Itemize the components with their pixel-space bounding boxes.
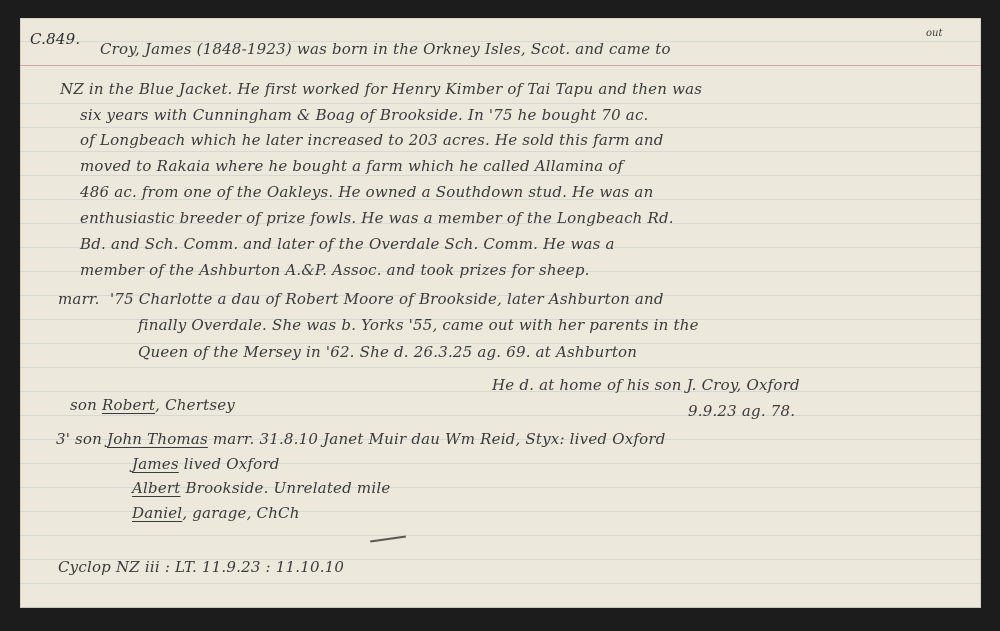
bio-line-3: six years with Cunningham & Boag of Broo… <box>80 106 649 124</box>
child-detail: , Chertsey <box>155 396 235 414</box>
bio-line-7: enthusiastic breeder of prize fowls. He … <box>80 209 674 227</box>
child-john-thomas: 3' son John Thomas marr. 31.8.10 Janet M… <box>56 430 666 448</box>
child-detail: , garage, ChCh <box>182 504 299 522</box>
bio-line-5: moved to Rakaia where he bought a farm w… <box>80 157 623 175</box>
child-name: James <box>132 455 179 473</box>
bio-line-6: 486 ac. from one of the Oakleys. He owne… <box>80 183 653 201</box>
bio-line-8: Bd. and Sch. Comm. and later of the Over… <box>80 235 615 253</box>
child-prefix: son <box>70 396 97 414</box>
child-albert: Albert Brookside. Unrelated mile <box>132 479 390 497</box>
card-reference-number: C.849. <box>30 30 80 48</box>
bio-line-4: of Longbeach which he later increased to… <box>80 131 664 149</box>
marriage-label: marr. <box>58 290 100 308</box>
child-name: Robert <box>102 396 155 414</box>
red-header-rule <box>20 65 981 66</box>
child-robert: son Robert, Chertsey <box>70 396 235 414</box>
child-daniel: Daniel, garage, ChCh <box>132 504 300 522</box>
child-detail: lived Oxford <box>179 455 280 473</box>
marriage-line-1: '75 Charlotte a dau of Robert Moore of B… <box>110 290 664 308</box>
child-name: John Thomas <box>107 430 208 448</box>
bio-line-2: NZ in the Blue Jacket. He first worked f… <box>60 80 702 98</box>
bio-line-1: Croy, James (1848-1923) was born in the … <box>100 40 671 58</box>
child-detail: Brookside. Unrelated mile <box>181 479 391 497</box>
child-prefix: 3' son <box>56 430 102 448</box>
index-card: C.849. out Croy, James (1848-1923) was b… <box>20 18 981 608</box>
child-james: James lived Oxford <box>132 455 280 473</box>
marriage-line-3: Queen of the Mersey in '62. She d. 26.3.… <box>138 343 637 361</box>
child-name: Albert <box>132 479 181 497</box>
marriage-line-2: finally Overdale. She was b. Yorks '55, … <box>138 316 699 334</box>
bio-line-9: member of the Ashburton A.&P. Assoc. and… <box>80 261 590 279</box>
child-name: Daniel <box>132 504 182 522</box>
child-detail: marr. 31.8.10 Janet Muir dau Wm Reid, St… <box>208 430 666 448</box>
source-reference: Cyclop NZ iii : LT. 11.9.23 : 11.10.10 <box>58 558 344 576</box>
death-line-2: 9.9.23 ag. 78. <box>688 402 795 420</box>
death-line-1: He d. at home of his son J. Croy, Oxford <box>492 376 800 394</box>
insertion-out: out <box>926 28 942 39</box>
